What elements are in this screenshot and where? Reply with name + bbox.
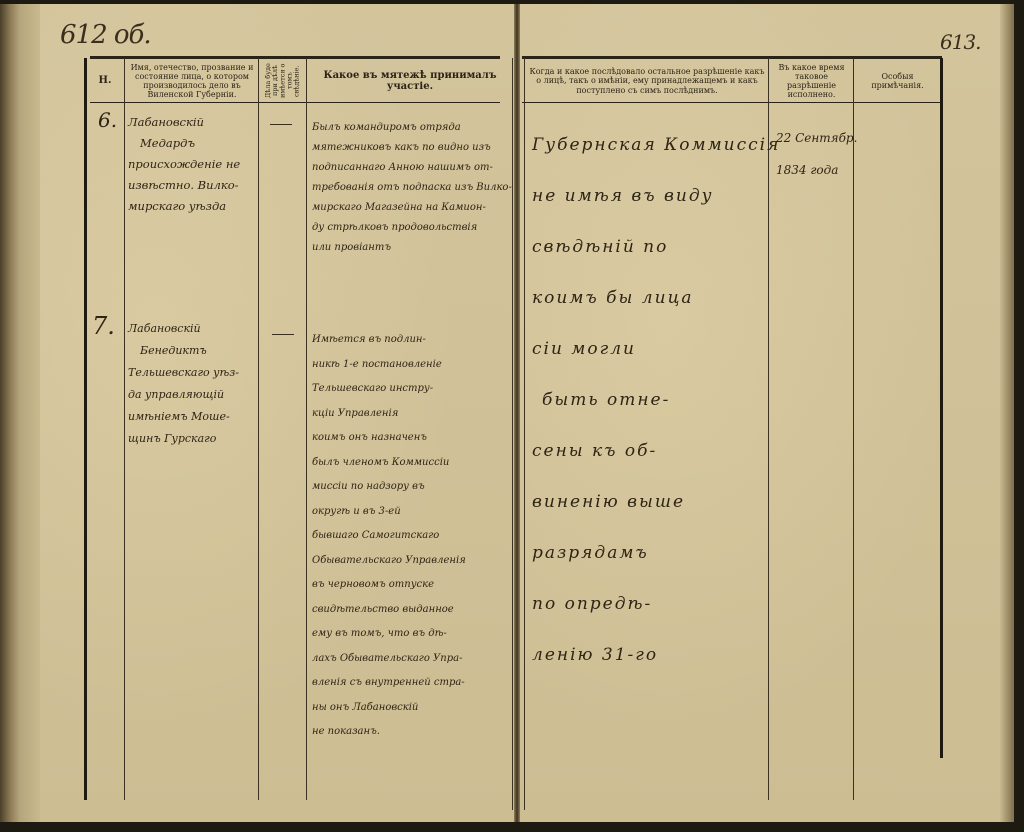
entry-role-line: подписаннаго Анною нашимъ от-	[312, 158, 512, 178]
executed-date-cell: 22 Сентябр. 1834 года	[776, 122, 857, 186]
resolution-line: коимъ бы лица	[532, 273, 780, 324]
entry-name-cell: Лабановскій Медардъ происхожденіе не изв…	[128, 112, 240, 217]
book-gutter	[514, 4, 520, 822]
entry-name-line: да управляющій	[128, 384, 239, 406]
column-header-number: Н.	[86, 60, 124, 102]
column-header-resolution: Когда и какое послѣдовало остальное разр…	[526, 60, 768, 102]
entry-role-line: коимъ онъ назначенъ	[312, 426, 466, 451]
entry-name-line: Лабановскій	[128, 112, 240, 133]
entry-role-line: миссіи по надзору въ	[312, 475, 466, 500]
entry-role-line: не показанъ.	[312, 720, 466, 745]
column-rule	[940, 58, 943, 758]
column-rule	[258, 58, 259, 800]
entry-role-line: мятежниковъ какъ по видно изъ	[312, 138, 512, 158]
entry-role-line: округѣ и въ 3-ей	[312, 500, 466, 525]
entry-number: 7.	[92, 312, 115, 340]
entry-role-line: въ черновомъ отпуске	[312, 573, 466, 598]
entry-role-line: ду стрѣлковъ продовольствія	[312, 218, 512, 238]
header-top-rule-left	[90, 56, 500, 59]
entry-name-line: Бенедиктъ	[128, 340, 239, 362]
entry-name-line: Лабановскій	[128, 318, 239, 340]
column-rule	[84, 58, 87, 800]
entry-name-line: щинъ Гурскаго	[128, 428, 239, 450]
resolution-line: виненію выше	[532, 477, 780, 528]
entry-estate-dash	[272, 334, 294, 335]
entry-number: 6.	[98, 108, 117, 132]
entry-role-line: кціи Управленія	[312, 402, 466, 427]
column-header-name: Имя, отечество, прозвание и состояние ли…	[126, 60, 258, 102]
column-header-executed: Въ какое время таковое разрѣшеніе исполн…	[770, 60, 853, 102]
resolution-line: свѣдѣній по	[532, 222, 780, 273]
entry-role-cell: Былъ командиромъ отряда мятежниковъ какъ…	[312, 118, 512, 258]
entry-name-line: мирскаго уѣзда	[128, 196, 240, 217]
column-header-notes: Особыя примѣчанія.	[855, 60, 940, 102]
entry-role-line: Имѣется въ подлин-	[312, 328, 466, 353]
folio-number-right: 613.	[940, 30, 981, 54]
column-rule	[512, 58, 513, 810]
executed-date-line: 1834 года	[776, 154, 857, 186]
entry-role-line: или провіантъ	[312, 238, 512, 258]
entry-name-line: Медардъ	[128, 133, 240, 154]
entry-role-line: мирскаго Магазейна на Камион-	[312, 198, 512, 218]
resolution-line: не имѣя въ виду	[532, 171, 780, 222]
resolution-cell: Губернская Коммиссія не имѣя въ виду свѣ…	[532, 120, 780, 681]
resolution-line: сіи могли	[532, 324, 780, 375]
entry-estate-dash	[270, 124, 292, 125]
entry-name-line: происхожденіе не	[128, 154, 240, 175]
column-rule	[524, 58, 525, 810]
entry-role-line: Тельшевскаго инстру-	[312, 377, 466, 402]
entry-role-line: вленія съ внутренней стра-	[312, 671, 466, 696]
entry-role-line: лахъ Обывательскаго Упра-	[312, 647, 466, 672]
entry-role-line: никѣ 1-е постановленіе	[312, 353, 466, 378]
column-header-estate: Дѣла буде при дѣлѣ имѣется о томъ свѣдѣн…	[260, 60, 306, 102]
resolution-line: Губернская Коммиссія	[532, 120, 780, 171]
entry-name-line: Тельшевскаго уѣз-	[128, 362, 239, 384]
resolution-line: ленію 31-го	[532, 630, 780, 681]
resolution-line: сены къ об-	[532, 426, 780, 477]
entry-role-line: былъ членомъ Коммиссіи	[312, 451, 466, 476]
entry-role-line: свидѣтельство выданное	[312, 598, 466, 623]
entry-name-line: извѣстно. Вилко-	[128, 175, 240, 196]
column-rule	[124, 58, 125, 800]
page-stack-edge-left	[0, 4, 40, 822]
header-bottom-rule-left	[90, 102, 500, 103]
entry-role-line: бывшаго Самогитскаго	[312, 524, 466, 549]
column-header-estate-text: Дѣла буде при дѣлѣ имѣется о томъ свѣдѣн…	[265, 60, 301, 102]
folio-number-left: 612 об.	[60, 20, 151, 50]
entry-role-line: ны онъ Лабановскій	[312, 696, 466, 721]
header-bottom-rule-right	[522, 102, 942, 103]
executed-date-line: 22 Сентябр.	[776, 122, 857, 154]
resolution-line: быть отне-	[532, 375, 780, 426]
resolution-line: разрядамъ	[532, 528, 780, 579]
entry-role-line: ему въ томъ, что въ дѣ-	[312, 622, 466, 647]
ledger-book-spread: 612 об. 613. Н. Имя, отечество, прозвани…	[0, 0, 1024, 832]
entry-role-line: Былъ командиромъ отряда	[312, 118, 512, 138]
header-top-rule-right	[522, 56, 942, 59]
entry-role-line: Обывательскаго Управленія	[312, 549, 466, 574]
entry-name-cell: Лабановскій Бенедиктъ Тельшевскаго уѣз- …	[128, 318, 239, 450]
entry-name-line: имѣніемъ Моше-	[128, 406, 239, 428]
column-header-role: Какое въ мятежѣ принималъ участіе.	[308, 60, 512, 102]
column-rule	[306, 58, 307, 800]
entry-role-line: требованія отъ подпаска изъ Вилко-	[312, 178, 512, 198]
resolution-line: по опредѣ-	[532, 579, 780, 630]
entry-role-cell: Имѣется въ подлин- никѣ 1-е постановлені…	[312, 328, 466, 745]
page-stack-edge-right	[1000, 4, 1014, 822]
